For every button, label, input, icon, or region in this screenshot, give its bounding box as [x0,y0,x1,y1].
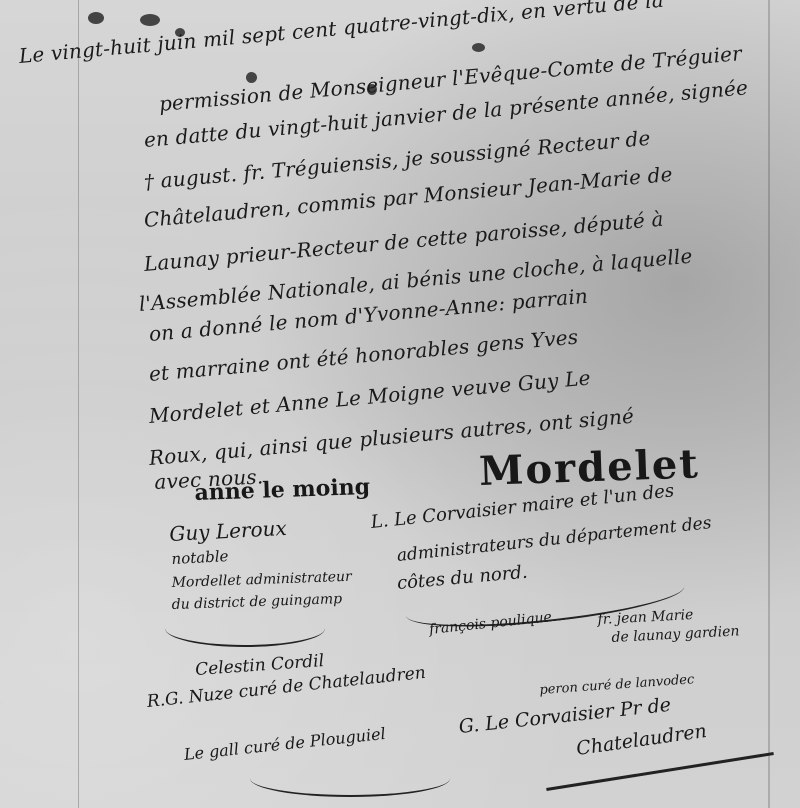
ink-blot [472,43,485,52]
ink-blot [88,12,104,24]
ink-blot [140,14,160,26]
page-edge [768,0,770,808]
margin-rule [78,0,79,808]
signature-flourish [165,610,325,647]
ink-blot [246,72,257,83]
signature-anne-le-moing: anne le moing [194,474,370,506]
signature-chatelaudren: Chatelaudren [575,720,708,760]
signature-guy-leroux-title: notable [171,547,229,568]
signature-peron: peron curé de lanvodec [539,672,695,698]
signature-le-gall: Le gall curé de Plouguiel [183,724,387,764]
scanned-document-page: Le vingt-huit juin mil sept cent quatre-… [0,0,800,808]
signature-flourish [250,760,450,797]
signature-guy-leroux: Guy Leroux [169,516,288,546]
signature-jean-marie-line2: de launay gardien [611,623,740,646]
signature-mordellet-admin: Mordellet administrateur [171,569,351,591]
